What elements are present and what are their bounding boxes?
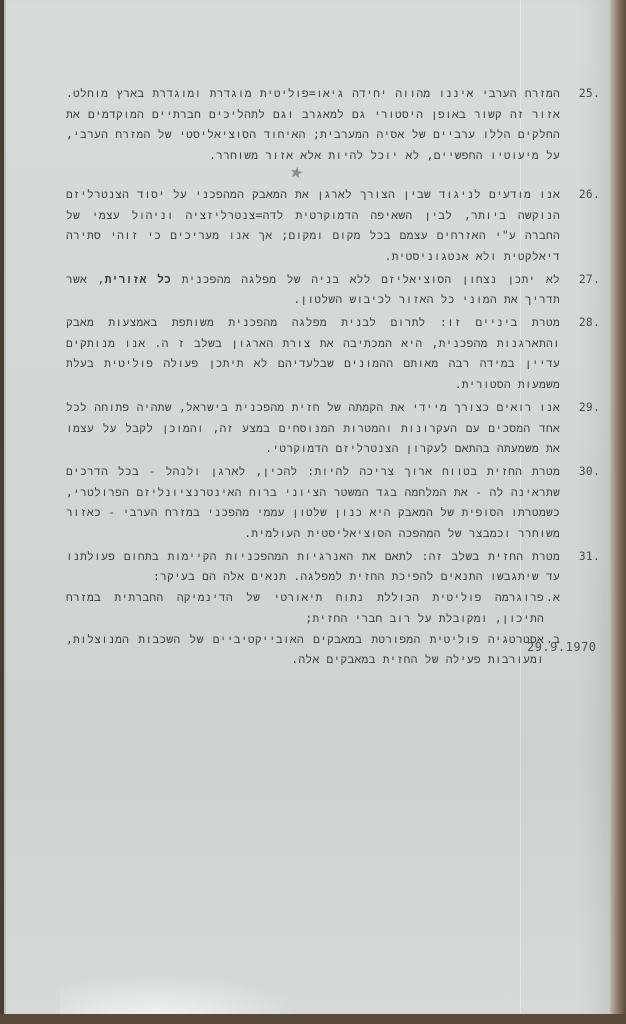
subitem-text: אסטרטגיה פוליטית המפורטת במאבקים האובייק… [66,630,544,671]
paragraph-26: 26. אנו מודעים לניגוד שבין הצורך לארגן א… [66,185,600,268]
paragraph-number: 30. [560,462,600,545]
subitem-alef: א. פרוגרמה פוליטית הכוללת נתוח תיאורטי ש… [66,588,560,629]
paragraph-28: 28. מטרת ביניים זו: לתרום לבנית מפלגה מה… [66,313,600,396]
page-bottom-edge [0,1014,626,1024]
paragraph-30: 30. מטרת החזית בטווח ארוך צריכה להיות: ל… [66,462,600,545]
subitem-bet: ב. אסטרטגיה פוליטית המפורטת במאבקים האוב… [66,630,560,671]
paragraph-25: 25. המזרח הערבי איננו מהווה יחידה גיאו=פ… [66,84,600,167]
document-body: 25. המזרח הערבי איננו מהווה יחידה גיאו=פ… [66,84,600,673]
paragraph-text: לא יתכן נצחון הסוציאליזם ללא בניה של מפל… [66,270,560,311]
paragraph-29: 29. אנו רואים כצורך מיידי את הקמתה של חז… [66,398,600,460]
paragraph-text: אנו רואים כצורך מיידי את הקמתה של חזית מ… [66,398,560,460]
paragraph-27: 27. לא יתכן נצחון הסוציאליזם ללא בניה של… [66,270,600,311]
subitem-text: פרוגרמה פוליטית הכוללת נתוח תיאורטי של ה… [66,588,544,629]
document-date: 29.9.1970 [527,640,597,654]
paragraph-text: מטרת החזית בשלב זה: לתאם את האנרגיות המה… [66,547,560,588]
paragraph-text: המזרח הערבי איננו מהווה יחידה גיאו=פוליט… [66,84,560,167]
paragraph-text: אנו מודעים לניגוד שבין הצורך לארגן את המ… [66,185,560,268]
paragraph-number: 27. [560,270,600,311]
page-binding-edge [610,0,626,1024]
paragraph-text: מטרת ביניים זו: לתרום לבנית מפלגה מהפכני… [66,313,560,396]
emphasized-text: כל אזורית [105,273,172,286]
paragraph-number: 25. [560,84,600,167]
paragraph-text: מטרת החזית בטווח ארוך צריכה להיות: להכין… [66,462,560,545]
light-glare [60,975,300,1015]
subitem-mark: א. [544,588,560,629]
paragraph-31: 31. מטרת החזית בשלב זה: לתאם את האנרגיות… [66,547,600,671]
paragraph-number: 29. [560,398,600,460]
paragraph-number: 28. [560,313,600,396]
paragraph-number: 26. [560,185,600,268]
